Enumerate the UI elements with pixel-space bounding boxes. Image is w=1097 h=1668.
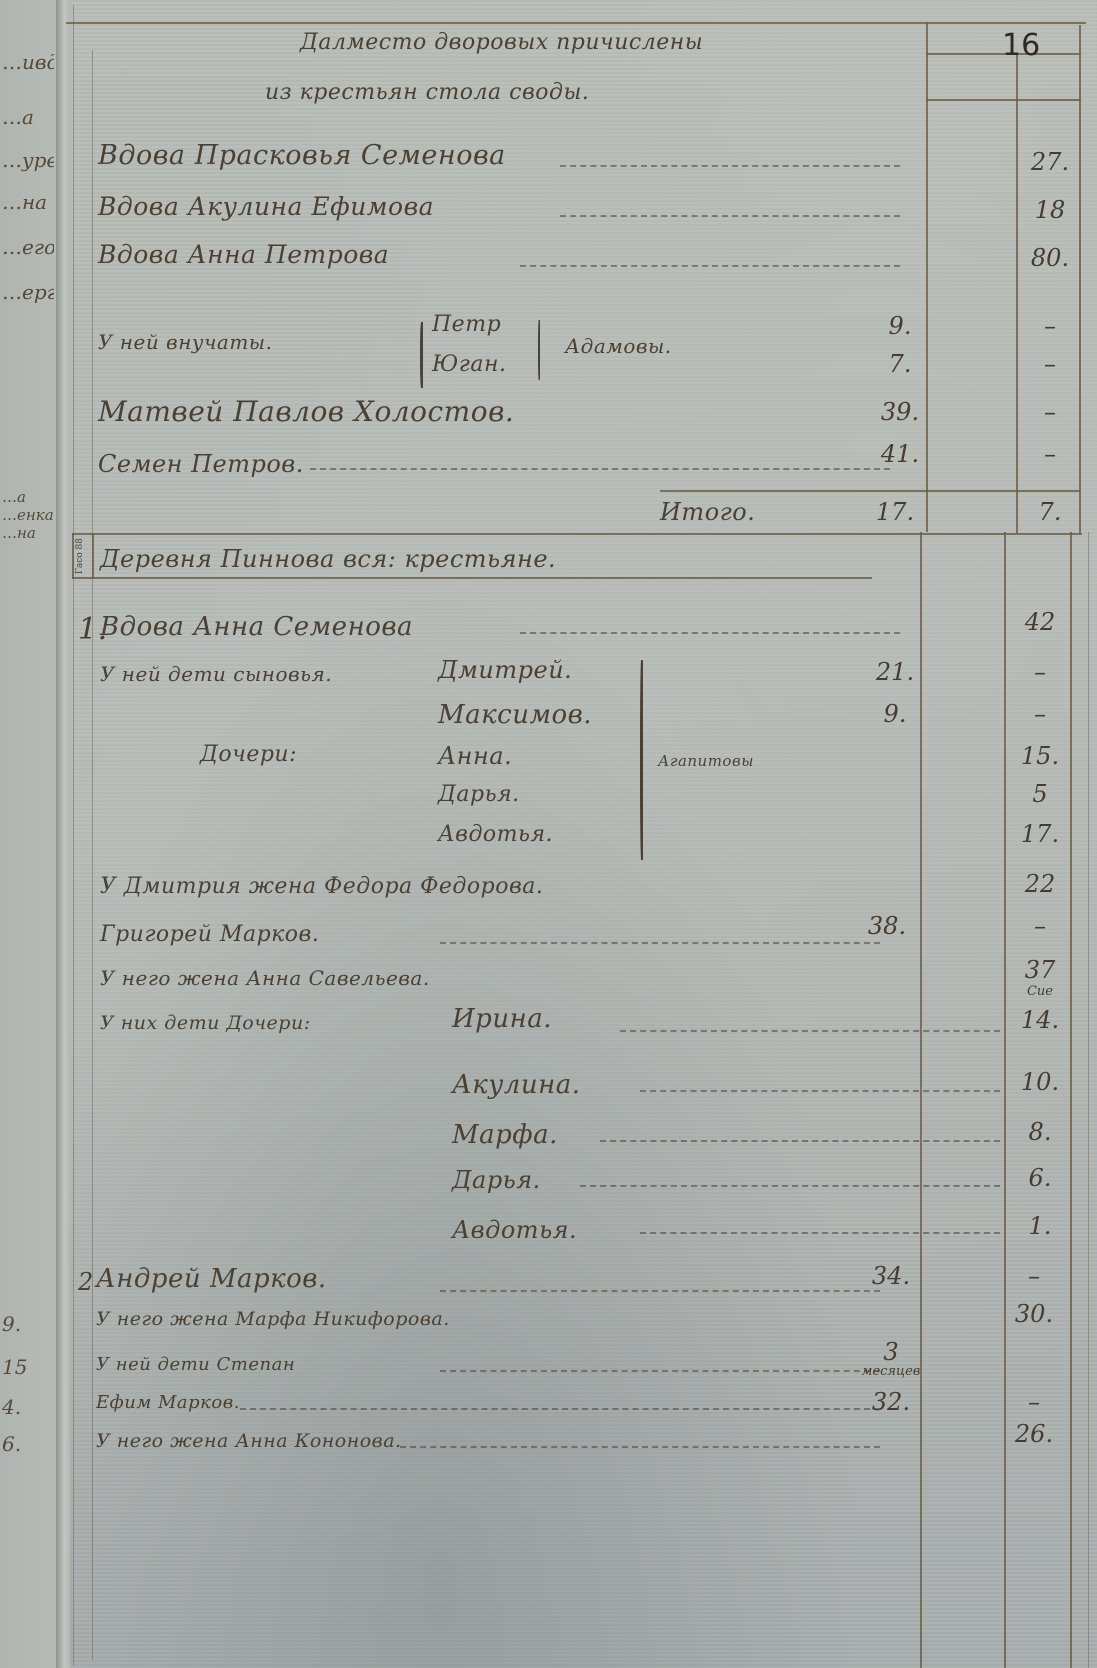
entry-name: У ней дети Степан [96, 1354, 295, 1375]
male-age: 9. [875, 700, 915, 728]
facing-fragment: 4. [2, 1395, 54, 1419]
child-name: Дарья. [452, 1166, 541, 1194]
female-age: 18 [1020, 196, 1080, 224]
total-female: 7. [1020, 498, 1080, 526]
header-rule [926, 99, 1081, 101]
entry-name: Матвей Павлов Холостов. [98, 395, 514, 428]
entry-name: Вдова Прасковья Семенова [98, 140, 506, 171]
page-number: 16 [1002, 28, 1040, 63]
male-age: 9. [880, 312, 920, 340]
total-male: 17. [870, 498, 920, 526]
brace [420, 322, 423, 388]
margin-rule [73, 5, 74, 1665]
top-rule [66, 22, 1086, 24]
female-age: 42 [1010, 608, 1070, 636]
child-name: Дмитрей. [438, 656, 572, 684]
female-age: 15. [1010, 742, 1070, 770]
child-name: Анна. [438, 742, 512, 770]
child-name: Авдотья. [452, 1216, 577, 1244]
female-age: 17. [1010, 820, 1070, 848]
facing-fragment: …на [2, 524, 54, 542]
female-age: 6. [1010, 1164, 1070, 1192]
entry-label: У них дети Дочери: [100, 1012, 311, 1034]
brace [640, 660, 643, 860]
leader-dots [310, 468, 890, 470]
column-rule-female [1016, 55, 1018, 533]
male-age: 32. [866, 1388, 916, 1416]
leader-dots [560, 165, 900, 167]
female-age: 80. [1020, 244, 1080, 272]
entry-name: Вдова Анна Семенова [100, 612, 413, 642]
margin-rule [92, 50, 93, 1660]
child-name: Ирина. [452, 1004, 552, 1034]
entry-label: У ней дети сыновья. [100, 662, 332, 686]
entry-name: У него жена Анна Кононова. [96, 1430, 402, 1452]
section-title: Деревня Пиннова вся: крестьяне. [100, 545, 556, 573]
grandchild-name: Петр [432, 312, 501, 337]
child-name: Акулина. [452, 1070, 581, 1100]
age-unit-note: месяцев [858, 1364, 924, 1379]
leader-dots [620, 1030, 1000, 1032]
female-age: – [1020, 312, 1080, 340]
leader-dots [520, 632, 900, 634]
facing-fragment: …а [2, 488, 54, 506]
household-number: 2 [78, 1268, 94, 1296]
male-age: 38. [862, 912, 912, 940]
entry-name: Андрей Марков. [96, 1264, 327, 1294]
entry-name: У него жена Анна Савельева. [100, 966, 430, 990]
leader-dots [240, 1408, 880, 1410]
entry-name: Ефим Марков. [96, 1392, 240, 1413]
male-age: 7. [880, 350, 920, 378]
facing-page-edge: …ивд …а …урес …на …его …ерг …а …енка …на… [0, 0, 57, 1668]
entry-name: У него жена Марфа Никифорова. [96, 1308, 450, 1330]
female-age: 5 [1010, 780, 1070, 808]
facing-fragment: …его [2, 235, 54, 259]
male-age: 34. [866, 1262, 916, 1290]
facing-fragment: …ивд [2, 50, 54, 74]
column-rule-edge [1088, 532, 1089, 1668]
entry-name: Вдова Анна Петрова [98, 240, 389, 269]
female-age: 27. [1020, 148, 1080, 176]
female-age: 10. [1010, 1068, 1070, 1096]
facing-fragment: 6. [2, 1432, 54, 1456]
child-name: Авдотья. [438, 822, 553, 847]
female-age: 37 [1010, 956, 1070, 984]
column-rule-female [1004, 532, 1006, 1668]
facing-fragment: …а [2, 105, 54, 129]
total-rule [660, 490, 1080, 492]
leader-dots [440, 942, 880, 944]
margin-note: Гасо 88 [76, 538, 85, 574]
female-age: – [1010, 658, 1070, 686]
female-age: – [1010, 700, 1070, 728]
child-name: Максимов. [438, 700, 592, 730]
female-age: – [1020, 350, 1080, 378]
facing-fragment: …енка [2, 506, 54, 524]
entry-name: Григорей Марков. [100, 922, 319, 947]
grandchild-name: Юган. [432, 352, 506, 377]
child-name: Дарья. [438, 782, 520, 807]
daughters-label: Дочери: [200, 742, 297, 767]
facing-fragment: …ерг [2, 280, 54, 304]
facing-fragment: …на [2, 190, 54, 214]
leader-dots [400, 1446, 880, 1448]
female-age: – [1020, 440, 1080, 468]
binding-gutter [56, 0, 70, 1668]
header-line-1: Далместо дворовых причислены [300, 30, 703, 55]
leader-dots [640, 1090, 1000, 1092]
entry-name: Семен Петров. [98, 450, 304, 478]
leader-dots [580, 1185, 1000, 1187]
child-name: Марфа. [452, 1120, 558, 1150]
female-age: – [1004, 1388, 1064, 1416]
entry-name: У Дмитрия жена Федора Федорова. [100, 874, 543, 899]
grandchild-surname: Адамовы. [565, 334, 672, 358]
section-box-inner [92, 533, 94, 579]
male-age: 3 [866, 1338, 916, 1366]
facing-fragment: …урес [2, 148, 54, 172]
leader-dots [440, 1290, 880, 1292]
female-age: 26. [1004, 1420, 1064, 1448]
brace-surname: Агапитовы [658, 752, 754, 770]
female-age: 30. [1004, 1300, 1064, 1328]
leader-dots [560, 215, 900, 217]
female-age: – [1010, 912, 1070, 940]
male-age: 21. [875, 658, 915, 686]
section-box-left [72, 533, 74, 579]
facing-fragment: 15 [2, 1355, 54, 1379]
leader-dots [520, 265, 900, 267]
male-age: 41. [880, 440, 920, 468]
entry-name: У ней внучаты. [98, 330, 272, 354]
column-rule-right [1070, 532, 1072, 1668]
leader-dots [640, 1232, 1000, 1234]
female-age: – [1020, 398, 1080, 426]
female-age: 8. [1010, 1118, 1070, 1146]
male-age: 39. [880, 398, 920, 426]
column-rule-male [920, 532, 922, 1668]
leader-dots [600, 1140, 1000, 1142]
section-rule [72, 577, 872, 579]
facing-fragment: 9. [2, 1312, 54, 1336]
brace [538, 320, 540, 380]
section-rule [72, 533, 1082, 535]
header-line-2: из крестьян стола своды. [265, 80, 589, 105]
age-annotation: Сие [1010, 984, 1070, 999]
leader-dots [440, 1370, 880, 1372]
female-age: 1. [1010, 1212, 1070, 1240]
entry-name: Вдова Акулина Ефимова [98, 192, 434, 221]
female-age: – [1004, 1262, 1064, 1290]
total-label: Итого. [660, 498, 755, 526]
female-age: 22 [1010, 870, 1070, 898]
female-age: 14. [1010, 1006, 1070, 1034]
